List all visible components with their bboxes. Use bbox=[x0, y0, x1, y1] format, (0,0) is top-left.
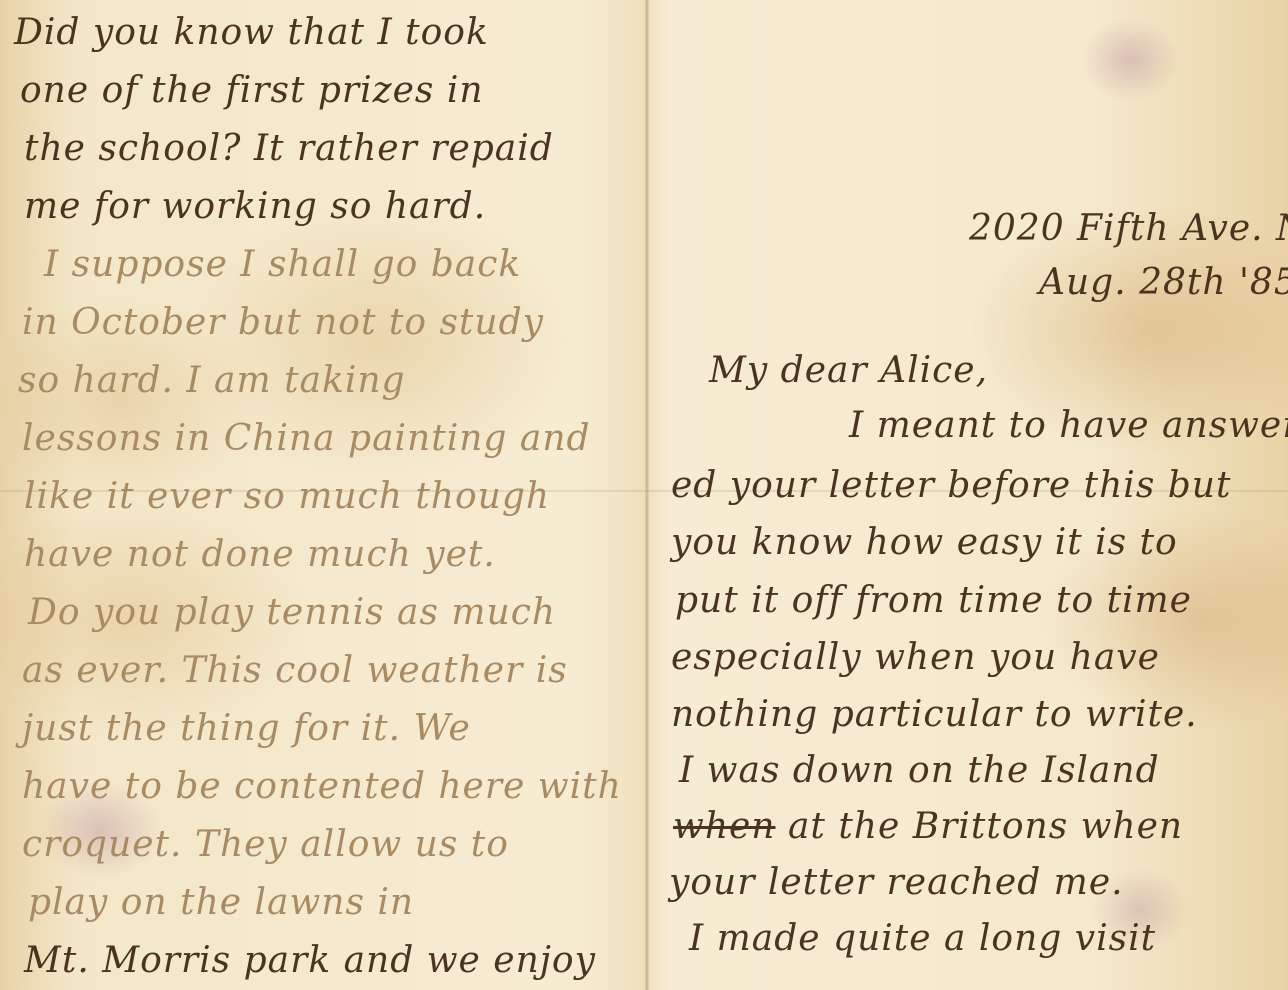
letter-line: the school? It rather repaid bbox=[24, 128, 554, 169]
letter-date: Aug. 28th '85. bbox=[1039, 262, 1288, 303]
letter-line: like it ever so much though bbox=[24, 476, 550, 517]
letter-line: Mt. Morris park and we enjoy bbox=[24, 940, 596, 981]
letter-line: as ever. This cool weather is bbox=[22, 650, 568, 691]
letter-line: play on the lawns in bbox=[28, 882, 414, 923]
letter-line: you know how easy it is to bbox=[671, 522, 1178, 563]
letter-line-with-strike: when at the Brittons when bbox=[673, 806, 1183, 847]
letter-line: Do you play tennis as much bbox=[28, 592, 556, 633]
letter-line: lessons in China painting and bbox=[22, 418, 591, 459]
right-page: 2020 Fifth Ave. N.Y. Aug. 28th '85. My d… bbox=[649, 0, 1288, 990]
letter-line: have not done much yet. bbox=[24, 534, 496, 575]
letter-line: your letter reached me. bbox=[669, 862, 1124, 903]
line-text: at the Brittons when bbox=[788, 806, 1183, 847]
letter-line: I meant to have answer- bbox=[849, 405, 1288, 446]
letter-line: ed your letter before this but bbox=[671, 465, 1231, 506]
letter-address: 2020 Fifth Ave. N.Y. bbox=[969, 208, 1288, 249]
letter-line: croquet. They allow us to bbox=[22, 824, 509, 865]
letter-line: me for working so hard. bbox=[24, 186, 486, 227]
letter-line: Did you know that I took bbox=[14, 12, 489, 53]
letter-line: have to be contented here with bbox=[22, 766, 622, 807]
letter-line: especially when you have bbox=[671, 637, 1160, 678]
letter-line: so hard. I am taking bbox=[18, 360, 406, 401]
letter-line: I suppose I shall go back bbox=[44, 244, 521, 285]
left-page: Did you know that I took one of the firs… bbox=[0, 0, 645, 990]
letter-line: I made quite a long visit bbox=[689, 918, 1156, 959]
letter-line: one of the first prizes in bbox=[20, 70, 484, 111]
letter-line: nothing particular to write. bbox=[671, 694, 1198, 735]
letter-line: just the thing for it. We bbox=[22, 708, 471, 749]
letter-line: put it off from time to time bbox=[675, 580, 1192, 621]
letter-salutation: My dear Alice, bbox=[709, 350, 988, 391]
struck-word: when bbox=[673, 806, 776, 847]
letter-sheet: Did you know that I took one of the firs… bbox=[0, 0, 1288, 990]
letter-line: I was down on the Island bbox=[679, 750, 1160, 791]
letter-line: in October but not to study bbox=[22, 302, 544, 343]
